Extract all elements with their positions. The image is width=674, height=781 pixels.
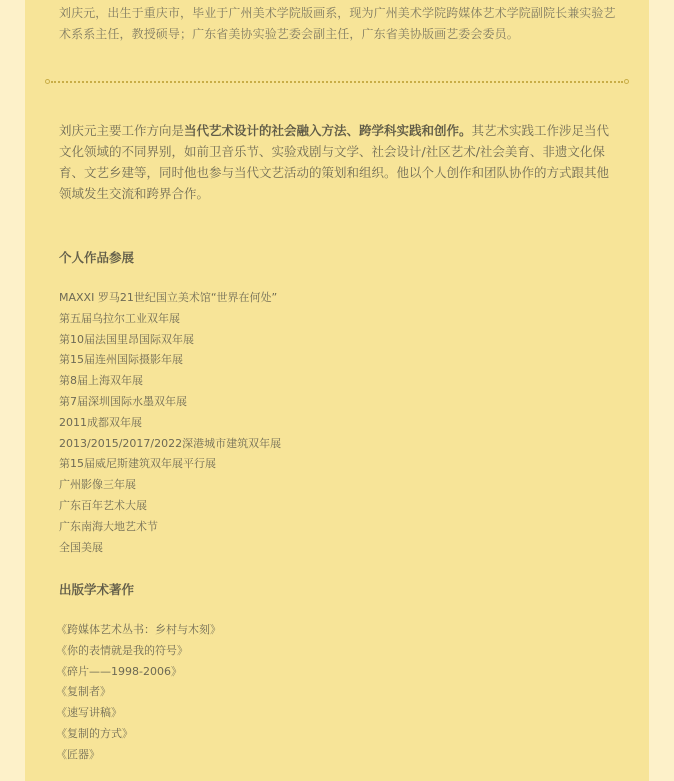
exhibition-item: 第15届威尼斯建筑双年展平行展 xyxy=(59,454,281,475)
exhibition-item: 第五届乌拉尔工业双年展 xyxy=(59,309,281,330)
publication-item: 《跨媒体艺术丛书：乡村与木刻》 xyxy=(56,620,221,641)
divider-line xyxy=(51,81,623,83)
publications-heading: 出版学术著作 xyxy=(59,580,134,598)
divider-end-dot-right xyxy=(624,79,629,84)
exhibition-item: MAXXI 罗马21世纪国立美术馆“世界在何处” xyxy=(59,288,281,309)
divider-end-dot-left xyxy=(45,79,50,84)
exhibition-item: 广东南海大地艺术节 xyxy=(59,517,281,538)
exhibition-item: 第7届深圳国际水墨双年展 xyxy=(59,392,281,413)
exhibitions-heading: 个人作品参展 xyxy=(59,248,134,266)
summary-paragraph: 刘庆元主要工作方向是当代艺术设计的社会融入方法、跨学科实践和创作。其艺术实践工作… xyxy=(59,120,621,204)
exhibition-item: 2013/2015/2017/2022深港城市建筑双年展 xyxy=(59,434,281,455)
summary-highlight: 当代艺术设计的社会融入方法、跨学科实践和创作。 xyxy=(184,123,472,138)
exhibition-item: 第10届法国里昂国际双年展 xyxy=(59,330,281,351)
intro-paragraph: 刘庆元，出生于重庆市，毕业于广州美术学院版画系，现为广州美术学院跨媒体艺术学院副… xyxy=(59,3,621,45)
publication-item: 《速写讲稿》 xyxy=(56,703,221,724)
exhibition-item: 全国美展 xyxy=(59,538,281,559)
dotted-divider xyxy=(45,79,629,85)
exhibition-item: 2011成都双年展 xyxy=(59,413,281,434)
exhibition-item: 第8届上海双年展 xyxy=(59,371,281,392)
publications-list: 《跨媒体艺术丛书：乡村与木刻》 《你的表情就是我的符号》 《碎片——1998-2… xyxy=(56,620,221,766)
publication-item: 《复制的方式》 xyxy=(56,724,221,745)
publication-item: 《碎片——1998-2006》 xyxy=(56,662,221,683)
publication-item: 《复制者》 xyxy=(56,682,221,703)
summary-prefix: 刘庆元主要工作方向是 xyxy=(59,123,184,138)
publication-item: 《你的表情就是我的符号》 xyxy=(56,641,221,662)
exhibition-item: 第15届连州国际摄影年展 xyxy=(59,350,281,371)
exhibition-item: 广东百年艺术大展 xyxy=(59,496,281,517)
publication-item: 《匠器》 xyxy=(56,745,221,766)
content-panel: 刘庆元，出生于重庆市，毕业于广州美术学院版画系，现为广州美术学院跨媒体艺术学院副… xyxy=(25,0,649,781)
exhibitions-list: MAXXI 罗马21世纪国立美术馆“世界在何处” 第五届乌拉尔工业双年展 第10… xyxy=(59,288,281,558)
exhibition-item: 广州影像三年展 xyxy=(59,475,281,496)
